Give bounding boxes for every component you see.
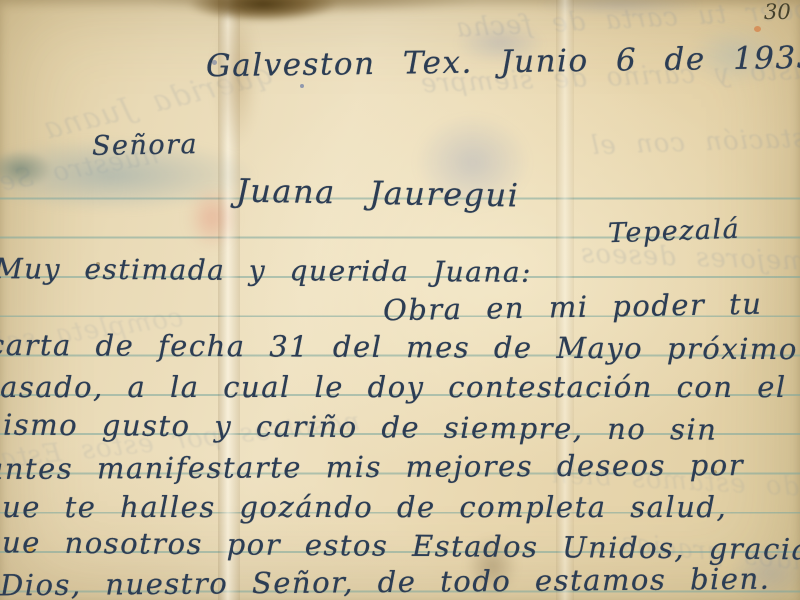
body-line: pasado, a la cual le doy contestación co…	[0, 370, 787, 404]
recipient-place: Tepezalá	[607, 214, 740, 250]
bleed-through-line: poder tu carta de fecha	[454, 0, 800, 44]
speck	[754, 26, 761, 32]
speck	[712, 470, 717, 474]
blue-ink-smudge	[730, 545, 800, 600]
salutation: Señora	[92, 129, 199, 162]
body-line: antes manifestarte mis mejores deseos po…	[0, 448, 744, 486]
brown-smudge	[466, 536, 518, 596]
speck	[28, 547, 34, 553]
crease-stain	[214, 8, 258, 148]
bleed-through-line: Estados Unidos gracias	[619, 528, 800, 595]
letter-page: poder tu carta de fecha gusto y cariño d…	[0, 0, 800, 600]
bleed-through-line: querida Juana	[39, 56, 277, 147]
body-line: Obra en mi poder tu	[383, 287, 763, 328]
dateline: Galveston Tex. Junio 6 de 1933	[206, 40, 800, 85]
body-line: carta de fecha 31 del mes de Mayo próxim…	[0, 328, 798, 366]
body-line: Dios, nuestro Señor, de todo estamos bie…	[0, 562, 771, 600]
speck	[624, 312, 628, 316]
ruled-lines	[0, 160, 800, 600]
pink-smudge	[188, 188, 236, 248]
bleed-through-line: de todo estamos bien	[549, 459, 800, 506]
body-line: mismo gusto y cariño de siempre, no sin	[0, 407, 718, 446]
bleed-through-line: mis mejores deseos	[580, 239, 800, 279]
bleed-through-line: gusto y cariño de siempre	[420, 55, 800, 99]
body-line: que te halles gozándo de completa salud,	[0, 490, 727, 524]
speck	[300, 84, 304, 88]
burn-stain-top-core	[188, 0, 338, 22]
bleed-through-line: nosotros por estos Estados	[0, 407, 361, 480]
fold-crease-left	[218, 0, 240, 600]
water-stain-core	[0, 150, 52, 188]
speck	[96, 262, 100, 266]
fold-crease-right	[556, 0, 574, 600]
greeting-line: Muy estimada y querida Juana:	[0, 252, 532, 289]
burn-stain-top	[150, 0, 480, 14]
body-line: que nosotros por estos Estados Unidos, g…	[0, 525, 800, 567]
recipient-name: Juana Jauregui	[236, 172, 520, 215]
blue-ink-smudge	[415, 115, 530, 210]
blue-ink-smudge	[455, 22, 545, 64]
water-stain	[0, 138, 256, 212]
bleed-through-line: contestación con el	[590, 121, 800, 161]
page-number: 30	[764, 0, 791, 24]
speck	[212, 60, 217, 65]
bleed-through-line: nuestro Señor	[0, 140, 161, 206]
age-spot	[688, 26, 784, 84]
blue-ink-smudge	[535, 0, 705, 16]
bleed-through-line: completa salud	[0, 303, 185, 364]
